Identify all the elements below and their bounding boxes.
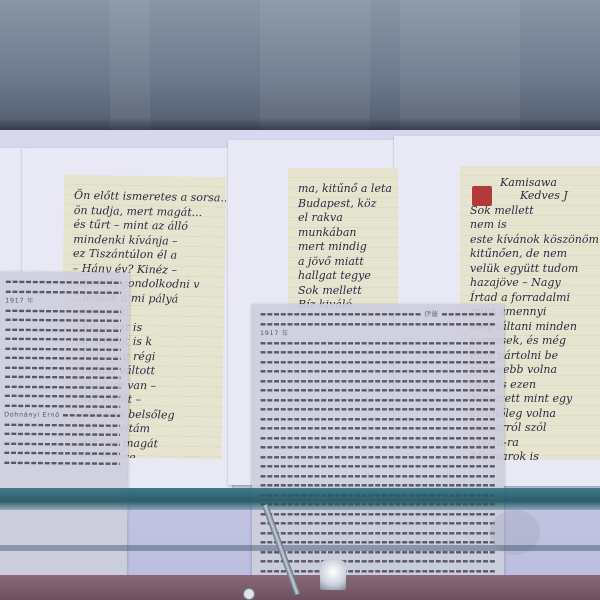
display-case-photo: Ön előtt ismeretes a sorsa...ön tudja, m… <box>0 0 600 600</box>
glass-shelf-line <box>0 545 600 551</box>
caption-text-line: ▬▬▬▬▬▬▬▬▬▬▬▬▬▬▬▬▬▬▬▬▬▬▬▬▬▬▬▬▬▬▬▬▬▬▬▬▬▬▬▬… <box>260 510 496 520</box>
caption-text-line: ▬▬▬▬▬▬▬▬▬▬▬▬▬▬▬▬▬▬▬▬▬▬▬▬▬▬▬▬▬▬▬▬▬▬▬▬▬▬▬▬… <box>5 315 121 326</box>
handwritten-line: kitűnően, de nem <box>460 247 600 262</box>
caption-text-line: ▬▬▬▬▬▬▬▬▬▬▬▬▬▬▬▬▬▬▬▬▬▬▬▬▬▬▬▬▬▬▬▬▬▬▬▬▬▬▬▬… <box>260 472 496 482</box>
caption-text-line: ▬▬▬▬▬▬▬▬▬▬▬▬▬▬▬▬▬▬▬▬▬▬▬▬▬▬▬▬▬▬▬▬▬▬▬▬▬▬▬▬… <box>260 557 496 567</box>
letter-middle: ma, kitűnő a letaBudapest, közel rakvamu… <box>288 168 398 308</box>
caption-text-line: ▬▬▬▬▬▬▬▬▬▬▬▬▬▬▬▬▬▬▬▬▬▬▬▬▬▬▬▬▬▬▬▬▬▬▬▬▬▬▬▬… <box>4 448 120 459</box>
caption-text-line: ▬▬▬▬▬▬▬▬▬▬▬▬▬▬▬▬▬▬▬▬▬▬▬▬▬▬▬▬▬▬▬▬▬▬▬▬▬▬▬▬… <box>5 353 121 364</box>
caption-text-line: ▬▬▬▬▬▬▬▬▬▬▬▬▬▬▬▬▬▬▬▬▬▬▬▬▬▬▬▬▬▬▬▬▬▬▬▬▬▬▬▬… <box>260 529 496 539</box>
wood-trim <box>0 575 600 600</box>
caption-text-line: ▬▬▬▬▬▬▬▬▬▬▬▬▬▬▬▬▬▬▬▬▬▬▬▬▬▬▬▬▬▬▬▬▬▬▬▬▬▬▬▬… <box>260 348 496 358</box>
handwritten-line: hazajöve – Nagy <box>460 276 600 291</box>
handwritten-line: Budapest, köz <box>288 197 398 212</box>
caption-text-line: ▬▬▬▬▬▬▬▬▬▬▬▬▬▬▬▬▬▬▬▬▬▬▬▬▬▬▬▬▬▬▬▬▬▬▬▬▬▬▬▬… <box>4 429 120 440</box>
caption-text-line: ▬▬▬▬▬▬▬▬▬▬▬▬▬▬▬▬▬▬▬▬▬▬▬▬▬▬▬▬▬▬▬▬▬▬▬▬▬▬▬▬… <box>260 339 496 349</box>
handwritten-line: nem is <box>460 218 600 233</box>
caption-card-left: ▬▬▬▬▬▬▬▬▬▬▬▬▬▬▬▬▬▬▬▬▬▬▬▬▬▬▬▬▬▬▬▬▬▬▬▬▬▬▬▬… <box>0 271 129 589</box>
handwritten-line: el rakva <box>288 211 398 226</box>
front-glass-edge <box>0 488 600 510</box>
caption-text-line: 1917 年 <box>260 329 496 339</box>
handwritten-line: este kívánok köszönöm <box>460 233 600 248</box>
caption-text-line: ▬▬▬▬▬▬▬▬▬▬▬▬▬▬▬▬▬▬▬▬▬▬▬▬▬▬▬▬▬▬▬▬▬▬▬▬▬▬▬▬… <box>5 334 121 345</box>
handwritten-line: a jövő miatt <box>288 255 398 270</box>
handwritten-line: velük együtt tudom <box>460 262 600 277</box>
caption-text-line: ▬▬▬▬▬▬▬▬▬▬▬▬▬▬▬▬▬▬▬▬▬▬▬▬▬▬▬▬▬▬▬▬▬▬▬▬▬▬▬▬… <box>260 434 496 444</box>
caption-text-line: ▬▬▬▬▬▬▬▬▬▬▬▬▬▬▬▬▬▬▬▬▬▬▬▬▬▬▬▬▬▬▬▬▬▬▬▬▬▬▬▬… <box>260 367 496 377</box>
handwritten-line: Írtad a forradalmi <box>460 291 600 306</box>
caption-text-line: ▬▬▬▬▬▬▬▬▬▬▬▬▬▬▬▬▬▬▬▬▬▬▬▬▬▬▬▬▬▬▬▬▬▬▬▬▬▬▬▬… <box>260 443 496 453</box>
handwritten-line: Sok mellett <box>288 284 398 299</box>
caption-text-line: ▬▬▬▬▬▬▬▬▬▬▬▬▬▬▬▬▬▬▬▬▬▬▬▬▬▬▬▬▬▬▬▬▬▬▬▬▬▬▬▬… <box>5 277 121 288</box>
handwritten-line: munkában <box>288 226 398 241</box>
caption-text-line: ▬▬▬▬▬▬▬▬▬▬▬▬▬▬▬▬▬▬▬▬▬▬▬▬▬▬▬▬▬▬▬▬▬▬▬▬▬▬▬▬… <box>260 386 496 396</box>
caption-text-line: ▬▬▬▬▬▬▬▬▬▬▬▬▬▬▬▬▬▬▬▬▬▬▬▬▬▬▬▬▬▬▬▬▬▬▬▬▬▬▬▬… <box>260 453 496 463</box>
glass-clip-fixture <box>320 560 346 590</box>
caption-text-line: ▬▬▬▬▬▬▬▬▬▬▬▬▬▬▬▬▬▬▬▬▬▬▬▬▬▬▬▬▬▬▬▬▬▬▬▬▬▬▬▬… <box>260 320 496 330</box>
caption-text-line: ▬▬▬▬▬▬▬▬▬▬▬▬▬▬▬▬▬▬▬▬▬▬▬▬▬▬▬▬▬▬▬▬▬▬▬▬▬▬▬▬… <box>260 415 496 425</box>
red-seal-stamp <box>472 186 492 206</box>
caption-text-line: ▬▬▬▬▬▬▬▬▬▬▬▬▬▬▬▬▬▬▬▬▬▬▬▬▬▬▬▬▬▬▬▬▬▬▬▬▬▬▬▬… <box>260 396 496 406</box>
handwritten-line: ma, kitűnő a leta <box>288 182 398 197</box>
caption-text-line: ▬▬▬▬▬▬▬▬▬▬▬▬▬▬▬▬▬▬▬▬▬▬▬▬▬▬▬▬▬▬▬▬▬▬▬▬▬▬▬▬… <box>4 391 120 402</box>
caption-text-line: ▬▬▬▬▬▬▬▬▬▬▬▬▬▬▬▬▬▬▬▬▬▬▬▬▬▬▬▬▬▬▬▬▬▬▬▬▬▬▬▬… <box>260 462 496 472</box>
caption-text-line: ▬▬▬▬▬▬▬▬▬▬▬▬▬▬▬▬▬▬▬▬▬▬▬▬▬▬▬▬▬▬▬▬▬▬▬▬▬▬▬▬… <box>260 424 496 434</box>
bolt-icon <box>243 588 255 600</box>
handwritten-line: hallgat tegye <box>288 269 398 284</box>
caption-text-line: ▬▬▬▬▬▬▬▬▬▬▬▬▬▬▬▬▬▬▬▬▬▬▬▬▬▬▬▬▬▬▬▬▬▬▬▬▬▬▬▬… <box>4 458 120 469</box>
caption-text-line: ▬▬▬▬▬▬▬▬▬▬▬▬▬▬▬▬▬▬▬▬▬▬▬▬ 伊藤 ▬▬▬▬▬▬▬▬▬▬▬▬… <box>260 310 496 320</box>
caption-text-line: ▬▬▬▬▬▬▬▬▬▬▬▬▬▬▬▬▬▬▬▬▬▬▬▬▬▬▬▬▬▬▬▬▬▬▬▬▬▬▬▬… <box>4 372 120 383</box>
caption-text-line: ▬▬▬▬▬▬▬▬▬▬▬▬▬▬▬▬▬▬▬▬▬▬▬▬▬▬▬▬▬▬▬▬▬▬▬▬▬▬▬▬… <box>260 377 496 387</box>
caption-text-line: ▬▬▬▬▬▬▬▬▬▬▬▬▬▬▬▬▬▬▬▬▬▬▬▬▬▬▬▬▬▬▬▬▬▬▬▬▬▬▬▬… <box>260 358 496 368</box>
caption-text-line: 1917 年 <box>5 296 121 307</box>
handwritten-line: mert mindig <box>288 240 398 255</box>
caption-text-line: ▬▬▬▬▬▬▬▬▬▬▬▬▬▬▬▬▬▬▬▬▬▬▬▬▬▬▬▬▬▬▬▬▬▬▬▬▬▬▬▬… <box>260 519 496 529</box>
caption-text-line: Dohnányi Ernő ▬▬▬▬▬▬▬▬▬▬▬▬▬▬▬▬▬▬▬▬▬▬▬▬ <box>4 410 120 421</box>
caption-text-line: ▬▬▬▬▬▬▬▬▬▬▬▬▬▬▬▬▬▬▬▬▬▬▬▬▬▬▬▬▬▬▬▬▬▬▬▬▬▬▬▬… <box>260 405 496 415</box>
